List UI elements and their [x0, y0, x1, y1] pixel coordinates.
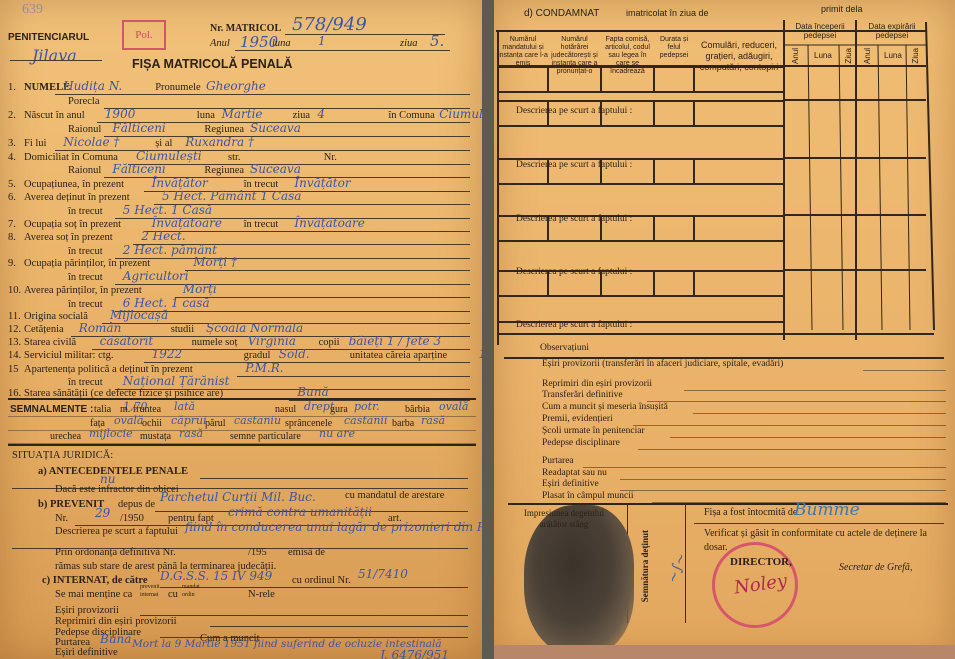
field-value: Învățătoare: [294, 216, 364, 230]
internat-value: D.G.S.S. 15 IV 949: [160, 569, 272, 583]
record-line-label: Readaptat sau nu: [542, 468, 607, 478]
right-page: d) CONDAMNAT imatricolat în ziua de prim…: [494, 0, 955, 659]
month-label: luna: [272, 38, 291, 49]
descriere-label: Descrierea pe scurt a faptului :: [516, 320, 632, 330]
field-label: numele soț: [192, 337, 238, 348]
field-value: Morți: [183, 282, 217, 296]
signature-label: Semnătura deținut: [640, 530, 650, 602]
field-label: Raionul: [68, 165, 101, 176]
date-start-header: Data începerii pedepsei: [786, 22, 854, 40]
field-label: în trecut: [68, 246, 103, 257]
line: [863, 370, 946, 371]
field-value: 1900: [105, 107, 136, 121]
field-value: Bună: [297, 385, 328, 399]
descriere-label: Descrierea pe scurt a faptului: [55, 526, 178, 537]
field-label: Regiunea: [204, 165, 244, 176]
fisa-label: Fișa a fost întocmită de: [704, 507, 797, 518]
field-number: 6.: [8, 192, 16, 203]
semnalment-value: căprui: [171, 414, 207, 427]
field-label: Averea părinților, în prezent: [24, 285, 142, 296]
field-number: 10.: [8, 285, 21, 296]
field-value: 4: [317, 107, 325, 121]
field-line: [144, 231, 470, 232]
cu-opt: mandat: [182, 584, 200, 590]
line: [633, 425, 946, 426]
field-line: [144, 362, 470, 363]
semnalment-label: urechea: [50, 431, 81, 442]
date-sub-month: Luna: [884, 52, 902, 60]
semnalment-label: părul: [205, 418, 226, 429]
descriere-label: Descrierea pe scurt a faptului :: [516, 267, 632, 277]
field-value: Român: [79, 321, 122, 335]
field-value: Școala Normală: [206, 321, 303, 335]
field-label: gradul: [244, 350, 271, 361]
purtarea-value: Bună: [100, 632, 131, 646]
situatia-heading: SITUAȚIA JURIDICĂ:: [12, 450, 113, 461]
field-number: 15: [8, 364, 19, 375]
field-line: [104, 108, 470, 109]
date-sub-day: Ziua: [845, 48, 853, 64]
field-value: 2 Hect.: [141, 229, 185, 243]
field-label: Domiciliat în Comuna: [24, 152, 118, 163]
internat-label: c) INTERNAT, de către: [42, 575, 148, 586]
field-line: [237, 376, 470, 377]
field-label: în trecut: [68, 206, 103, 217]
record-line-label: Eșiri definitive: [542, 479, 599, 489]
field-number: 9.: [8, 258, 16, 269]
field-label: Nr.: [324, 152, 337, 163]
field-label: în trecut: [68, 377, 103, 388]
field-value: 5 Hect. 1 Casă: [123, 203, 212, 217]
fisa-signature: Bumme: [794, 500, 860, 520]
field-label: Pronumele: [155, 82, 201, 93]
field-number: 2.: [8, 110, 16, 121]
field-line: [115, 258, 470, 259]
line: [670, 437, 946, 438]
semnalment-value: ovală: [114, 414, 143, 427]
semnalment-label: mustața: [140, 431, 171, 442]
field-label: în trecut: [68, 272, 103, 283]
field-label: Ocupația părinților, în prezent: [24, 258, 150, 269]
field-value: băieți 1 / fete 3: [349, 334, 441, 348]
page-gap: [482, 0, 494, 659]
table-header: Fapta comisă, articolul, codul sau legea…: [601, 36, 654, 76]
esiri-definitive-ref: J. 6476/951: [380, 648, 449, 659]
field-value: Mijlocașă: [110, 308, 168, 322]
record-line-label: Transferări definitive: [542, 390, 623, 400]
field-value: Național Țărănist: [123, 374, 230, 388]
nr-value: 29: [95, 506, 110, 520]
field-label: Raionul: [68, 124, 101, 135]
line: [647, 401, 946, 402]
ordin-value: 51/7410: [358, 567, 408, 581]
field-value: 1922: [152, 347, 183, 361]
field-label: și al: [155, 138, 172, 149]
mentine-label: Se mai menține ca: [55, 589, 132, 600]
field-line: [115, 284, 470, 285]
bottom-edge: [494, 645, 955, 659]
field-number: 1.: [8, 82, 16, 93]
record-line-label: Pedepse disciplinare: [542, 438, 620, 448]
field-label: Porecla: [68, 96, 100, 107]
line: [693, 413, 946, 414]
institution-label: PENITENCIARUL: [8, 32, 89, 43]
field-value: Virginia: [248, 334, 296, 348]
field-label: în trecut: [244, 219, 279, 230]
field-number: 14.: [8, 350, 21, 361]
date-sub-day: Ziua: [912, 48, 920, 64]
nr-year: /1950: [120, 513, 144, 524]
fingerprint-label: Impresiunea degetului arătător stâng: [514, 508, 614, 530]
date-sub-year: Anul: [792, 48, 800, 64]
record-label: Reprimiri din eșiri provizorii: [55, 616, 177, 627]
semnalmente-label: SEMNALMENTE :: [10, 404, 93, 415]
field-value: Hudița N.: [63, 79, 122, 93]
line: [583, 467, 946, 468]
field-value: Gheorghe: [206, 79, 266, 93]
field-value: Martie: [222, 107, 263, 121]
field-value: Ciumulești: [439, 107, 482, 121]
line: [684, 390, 946, 391]
stamp-text: Pol.: [135, 29, 152, 41]
fapt-value: crimă contra umanității: [228, 505, 372, 519]
record-line-label: Reprimiri din eșiri provizorii: [542, 379, 652, 389]
left-page: 639 Pol. PENITENCIARUL Jilava Nr. MATRIC…: [0, 0, 482, 659]
line: [210, 626, 468, 627]
date-sub-month: Luna: [814, 52, 832, 60]
field-label: Averea soț în prezent: [24, 232, 113, 243]
institution-value: Jilava: [32, 46, 77, 65]
field-label: copii: [319, 337, 340, 348]
semnalment-value: castaniu: [234, 414, 281, 427]
field-label: ziua: [293, 110, 311, 121]
semnalment-label: talia: [94, 404, 111, 415]
month-value: 1: [318, 34, 326, 48]
depus-value: Parchetul Curții Mil. Buc.: [160, 490, 316, 504]
line: [638, 449, 946, 450]
date-end-header: Data expirării pedepsei: [858, 22, 926, 40]
line: [200, 478, 468, 479]
descriere-value: fiind în conducerea unui lagăr de prizon…: [185, 520, 482, 534]
table-header: Numărul mandatului și instanța care l-a …: [498, 36, 548, 68]
field-value: 5 Hect. Pământ 1 Casă: [162, 189, 301, 203]
field-value: Învățător: [294, 176, 350, 190]
field-label: în Comuna: [388, 110, 434, 121]
annotation-number: 639: [22, 2, 43, 18]
field-line: [185, 270, 470, 271]
semnalment-label: ochii: [142, 418, 162, 429]
field-value: Sold.: [279, 347, 310, 361]
field-value: Nicolae †: [63, 135, 119, 149]
field-label: Născut în anul: [24, 110, 85, 121]
observatiuni-label: Observațiuni: [540, 343, 589, 353]
field-label: Fi lui: [24, 138, 46, 149]
table-header: Numărul hotărârei judecătorești și insta…: [548, 36, 601, 76]
semnalment-value: lată: [174, 400, 195, 413]
mentine-opt: prevenit: [140, 584, 160, 590]
semnalment-label: semne particulare: [230, 431, 301, 442]
field-line: [175, 297, 470, 298]
ordonanta-label: Prin ordonanța definitivă Nr.: [55, 547, 176, 558]
pol-stamp: Pol.: [122, 20, 166, 50]
field-label: studii: [171, 324, 194, 335]
field-number: 11.: [8, 311, 21, 322]
emisa-label: emisă de: [288, 547, 325, 558]
field-value: Învățătoare: [152, 216, 222, 230]
table-header: Comulări, reduceri, grațieri, adăugiri, …: [694, 40, 784, 73]
ordonanta-year: /195: [248, 547, 267, 558]
field-line: [55, 150, 470, 151]
semnalment-value: mijlocie: [89, 427, 133, 440]
mentine-opt: internat: [140, 592, 158, 598]
field-label: Starea civilă: [24, 337, 76, 348]
record-line-label: Școli urmate în penitenciar: [542, 426, 645, 436]
year-label: Anul: [210, 38, 230, 49]
field-number: 8.: [8, 232, 16, 243]
semnalment-value: nu are: [319, 427, 355, 440]
field-value: Suceava: [250, 162, 301, 176]
matricol-value: 578/949: [292, 14, 367, 35]
semnalment-value: rasă: [179, 427, 203, 440]
field-label: Ocupația soț în prezent: [24, 219, 121, 230]
field-value: Învățător: [152, 176, 208, 190]
field-line: [104, 136, 470, 137]
semnalment-value: potr.: [354, 400, 380, 413]
table-header: Durata și felul pedepsei: [654, 36, 694, 60]
field-number: 12.: [8, 324, 21, 335]
semnalment-value: castanii: [344, 414, 387, 427]
field-number: 3.: [8, 138, 16, 149]
field-label: Serviciul militar: ctg.: [24, 350, 114, 361]
nr-label: Nr.: [55, 513, 68, 524]
detainee-signature: ~∫~: [665, 551, 691, 585]
record-line-label: Purtarea: [542, 456, 574, 466]
field-label: Cetățenia: [24, 324, 64, 335]
ordin-label: cu ordinul Nr.: [292, 575, 351, 586]
cu-label: cu: [168, 589, 178, 600]
field-label: Regiunea: [204, 124, 244, 135]
semnalment-value: rasă: [421, 414, 445, 427]
field-label: Averea deținut în prezent: [24, 192, 130, 203]
field-line: [55, 94, 470, 95]
field-number: 7.: [8, 219, 16, 230]
semnalment-label: barba: [392, 418, 414, 429]
field-number: 5.: [8, 179, 16, 190]
field-value: Suceava: [250, 121, 301, 135]
line: [160, 587, 468, 588]
field-label: unitatea căreia aparține: [350, 350, 447, 361]
semnalment-value: ovală: [439, 400, 468, 413]
field-value: Ruxandra †: [185, 135, 254, 149]
field-label: str.: [228, 152, 241, 163]
secretar-label: Secretar de Grefă,: [839, 562, 912, 573]
record-label: Eșiri provizorii: [55, 605, 119, 616]
descriere-label: Descrierea pe scurt a faptului :: [516, 214, 632, 224]
cu-opt: ordin: [182, 592, 195, 598]
field-number: 13.: [8, 337, 21, 348]
field-label: în trecut: [68, 299, 103, 310]
record-line-label: Eșiri provizorii (transferări în afaceri…: [542, 359, 783, 369]
day-label: ziua: [400, 38, 418, 49]
field-number: 4.: [8, 152, 16, 163]
record-line-label: Cum a muncit și meseria însușită: [542, 402, 668, 412]
line: [140, 615, 468, 616]
descriere-label: Descrierea pe scurt a faptului :: [516, 106, 632, 116]
line: [620, 490, 946, 491]
field-value: P.M.R.: [245, 361, 283, 375]
record-line-label: Plasat în câmpul muncii: [542, 491, 634, 501]
line: [620, 479, 946, 480]
depus-label: depus de: [118, 499, 155, 510]
esiri-definitive-label: Eșiri definitive: [55, 647, 118, 658]
date-sub-year: Anul: [864, 48, 872, 64]
director-label: DIRECTOR,: [730, 556, 792, 568]
field-value: Morți †: [193, 255, 237, 269]
field-value: Ciumulești: [136, 149, 202, 163]
descriere-label: Descrierea pe scurt a faptului :: [516, 160, 632, 170]
day-value: 5.: [430, 32, 444, 50]
field-value: Agricultori: [123, 269, 189, 283]
record-line-label: Premii, evidențieri: [542, 414, 613, 424]
form-title: FIȘA MATRICOLĂ PENALĂ: [132, 57, 292, 71]
field-label: Ocupațiunea, în prezent: [24, 179, 124, 190]
nrele-label: N-rele: [248, 589, 275, 600]
field-value: Fălticeni: [112, 121, 165, 135]
field-value: Fălticeni: [112, 162, 165, 176]
mandat-label: cu mandatul de arestare: [345, 490, 444, 501]
field-value: căsătorit: [100, 334, 154, 348]
field-label: luna: [197, 110, 215, 121]
